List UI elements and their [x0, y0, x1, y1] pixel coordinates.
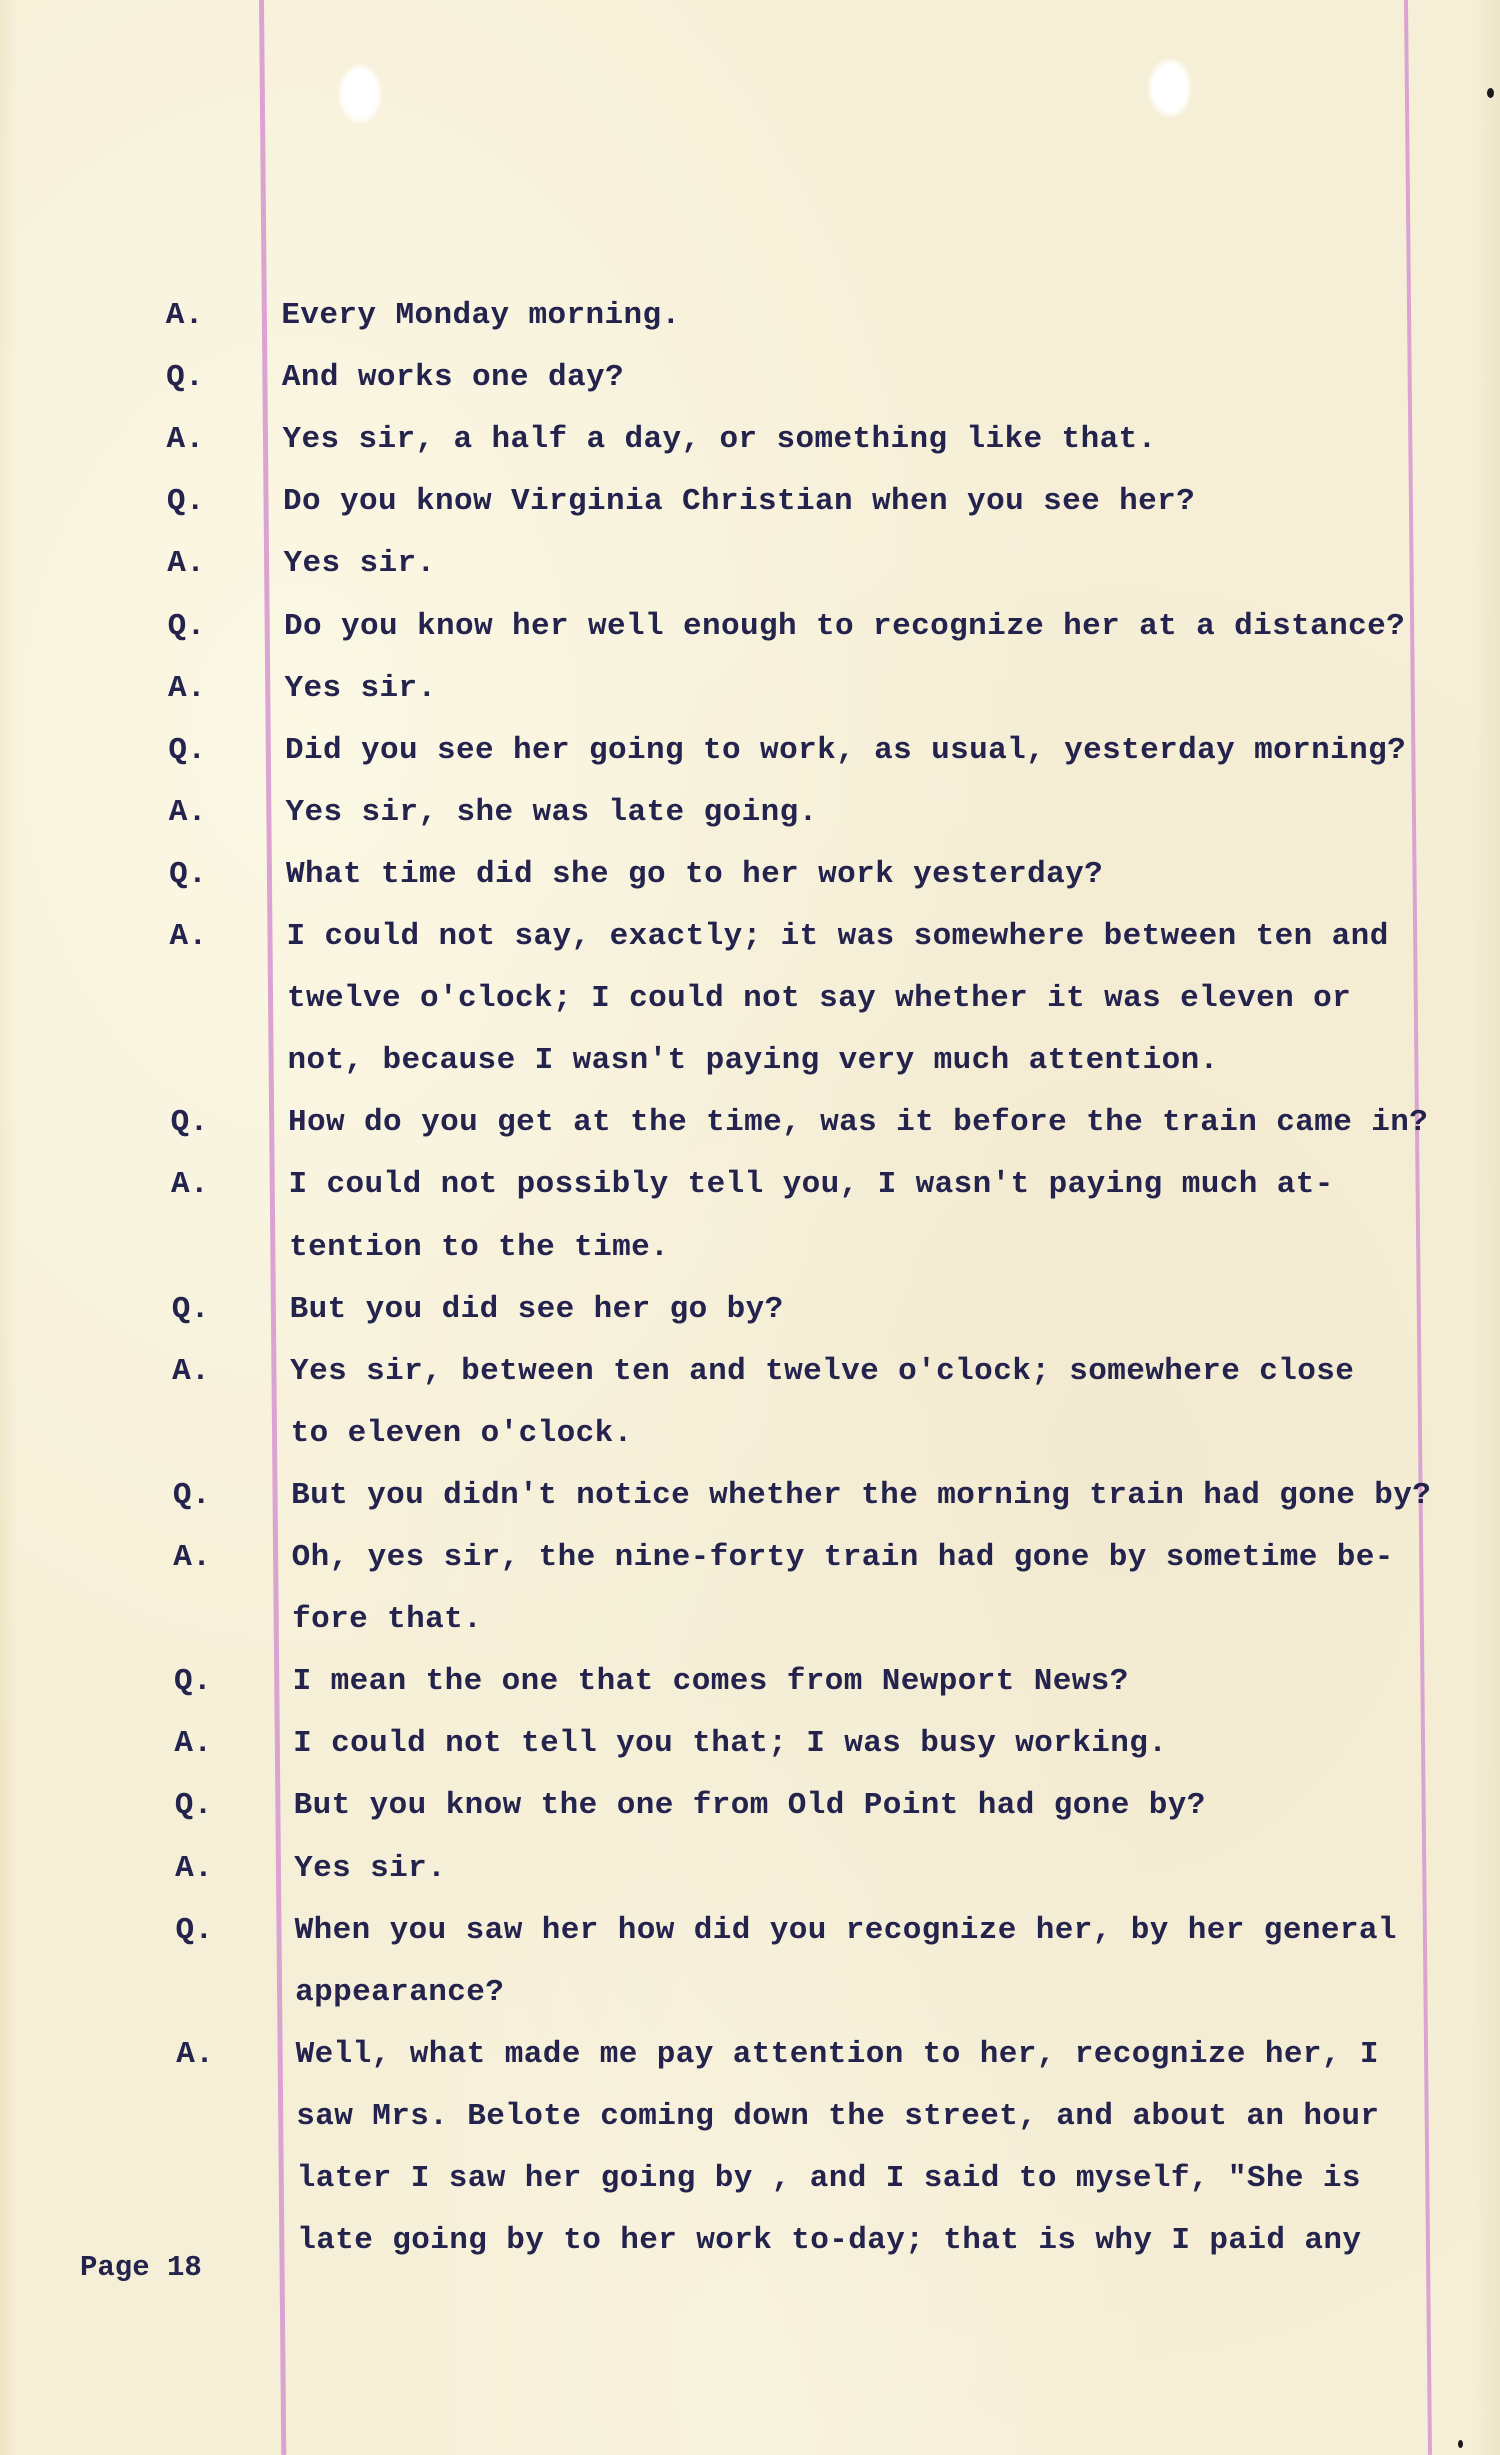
line-text: Yes sir. — [294, 1849, 446, 1889]
line-text: Yes sir, she was late going. — [286, 793, 818, 833]
line-text: What time did she go to her work yesterd… — [286, 855, 1103, 895]
line-text: Yes sir. — [283, 544, 435, 584]
transcript-line: A.Yes sir, between ten and twelve o'cloc… — [0, 1352, 1500, 1392]
speaker-label: A. — [175, 1849, 213, 1889]
punch-hole — [1148, 58, 1192, 118]
transcript-line: Q.I mean the one that comes from Newport… — [0, 1662, 1500, 1702]
line-text: fore that. — [292, 1600, 482, 1640]
line-text: I could not possibly tell you, I wasn't … — [289, 1165, 1334, 1205]
transcript-line: Q.But you know the one from Old Point ha… — [0, 1786, 1500, 1826]
line-text: not, because I wasn't paying very much a… — [288, 1041, 1219, 1081]
line-text: twelve o'clock; I could not say whether … — [287, 979, 1351, 1019]
line-text: And works one day? — [282, 358, 624, 398]
line-text: When you saw her how did you recognize h… — [295, 1911, 1397, 1951]
line-text: Yes sir, a half a day, or something like… — [282, 420, 1156, 460]
line-text: Yes sir. — [284, 669, 436, 709]
transcript-line: A.Yes sir. — [0, 1849, 1500, 1889]
speaker-label: A. — [173, 1538, 211, 1578]
line-text: Did you see her going to work, as usual,… — [285, 731, 1406, 771]
transcript-line: A.Yes sir. — [0, 544, 1500, 584]
line-text: But you know the one from Old Point had … — [294, 1786, 1206, 1826]
transcript-line: twelve o'clock; I could not say whether … — [0, 979, 1500, 1019]
speaker-label: Q. — [171, 1103, 209, 1143]
line-text: Do you know her well enough to recognize… — [284, 607, 1405, 647]
ink-speck — [1458, 2440, 1463, 2448]
line-text: Every Monday morning. — [281, 296, 680, 336]
line-text: appearance? — [295, 1973, 504, 2013]
transcript-line: not, because I wasn't paying very much a… — [0, 1041, 1500, 1081]
transcript-line: A.Oh, yes sir, the nine-forty train had … — [0, 1538, 1500, 1578]
line-text: But you did see her go by? — [290, 1290, 784, 1330]
line-text: Well, what made me pay attention to her,… — [296, 2035, 1379, 2075]
speaker-label: A. — [174, 1724, 212, 1764]
speaker-label: Q. — [173, 1476, 211, 1516]
speaker-label: Q. — [175, 1911, 213, 1951]
line-text: I could not tell you that; I was busy wo… — [293, 1724, 1167, 1764]
transcript-line: Q.But you did see her go by? — [0, 1290, 1500, 1330]
transcript-line: A.Yes sir, she was late going. — [0, 793, 1500, 833]
transcript-line: Q.What time did she go to her work yeste… — [0, 855, 1500, 895]
transcript-line: appearance? — [0, 1973, 1500, 2013]
speaker-label: A. — [167, 544, 205, 584]
line-text: later I saw her going by , and I said to… — [297, 2159, 1361, 2199]
transcript-line: Q.How do you get at the time, was it bef… — [0, 1103, 1500, 1143]
transcript-line: Q.When you saw her how did you recognize… — [0, 1911, 1500, 1951]
line-text: Oh, yes sir, the nine-forty train had go… — [292, 1538, 1394, 1578]
speaker-label: Q. — [168, 731, 206, 771]
speaker-label: A. — [171, 1165, 209, 1205]
page-number: Page 18 — [80, 2248, 202, 2288]
transcript-line: A.I could not tell you that; I was busy … — [0, 1724, 1500, 1764]
transcript-line: fore that. — [0, 1600, 1500, 1640]
transcript-line: Q.And works one day? — [0, 358, 1500, 398]
line-text: to eleven o'clock. — [291, 1414, 633, 1454]
speaker-label: Q. — [175, 1786, 213, 1826]
line-text: I mean the one that comes from Newport N… — [293, 1662, 1129, 1702]
line-text: saw Mrs. Belote coming down the street, … — [296, 2097, 1379, 2137]
punch-hole — [338, 64, 382, 124]
line-text: Yes sir, between ten and twelve o'clock;… — [290, 1352, 1354, 1392]
ink-speck — [1487, 88, 1494, 98]
line-text: Do you know Virginia Christian when you … — [283, 482, 1195, 522]
speaker-label: Q. — [174, 1662, 212, 1702]
transcript-line: tention to the time. — [0, 1228, 1500, 1268]
speaker-label: A. — [170, 917, 208, 957]
speaker-label: A. — [169, 793, 207, 833]
transcript-line: A.Yes sir. — [0, 669, 1500, 709]
line-text: How do you get at the time, was it befor… — [288, 1103, 1428, 1143]
speaker-label: A. — [176, 2035, 214, 2075]
speaker-label: Q. — [166, 358, 204, 398]
transcript-line: A.Every Monday morning. — [0, 296, 1500, 336]
transcript-line: A.Yes sir, a half a day, or something li… — [0, 420, 1500, 460]
speaker-label: Q. — [168, 607, 206, 647]
transcript-line: Q.Do you know her well enough to recogni… — [0, 607, 1500, 647]
line-text: But you didn't notice whether the mornin… — [291, 1476, 1431, 1516]
transcript-line: saw Mrs. Belote coming down the street, … — [0, 2097, 1500, 2137]
speaker-label: Q. — [172, 1290, 210, 1330]
transcript-line: Q.Do you know Virginia Christian when yo… — [0, 482, 1500, 522]
transcript-line: A.Well, what made me pay attention to he… — [0, 2035, 1500, 2075]
transcript-line: A.I could not say, exactly; it was somew… — [0, 917, 1500, 957]
line-text: late going by to her work to-day; that i… — [297, 2221, 1361, 2261]
speaker-label: A. — [166, 296, 204, 336]
speaker-label: Q. — [167, 482, 205, 522]
transcript-line: Q.But you didn't notice whether the morn… — [0, 1476, 1500, 1516]
transcript-line: to eleven o'clock. — [0, 1414, 1500, 1454]
transcript-line: late going by to her work to-day; that i… — [0, 2221, 1500, 2261]
speaker-label: Q. — [169, 855, 207, 895]
transcript-line: later I saw her going by , and I said to… — [0, 2159, 1500, 2199]
speaker-label: A. — [167, 420, 205, 460]
line-text: I could not say, exactly; it was somewhe… — [287, 917, 1389, 957]
transcript-line: A.I could not possibly tell you, I wasn'… — [0, 1165, 1500, 1205]
speaker-label: A. — [172, 1352, 210, 1392]
speaker-label: A. — [168, 669, 206, 709]
transcript-line: Q.Did you see her going to work, as usua… — [0, 731, 1500, 771]
line-text: tention to the time. — [289, 1228, 669, 1268]
